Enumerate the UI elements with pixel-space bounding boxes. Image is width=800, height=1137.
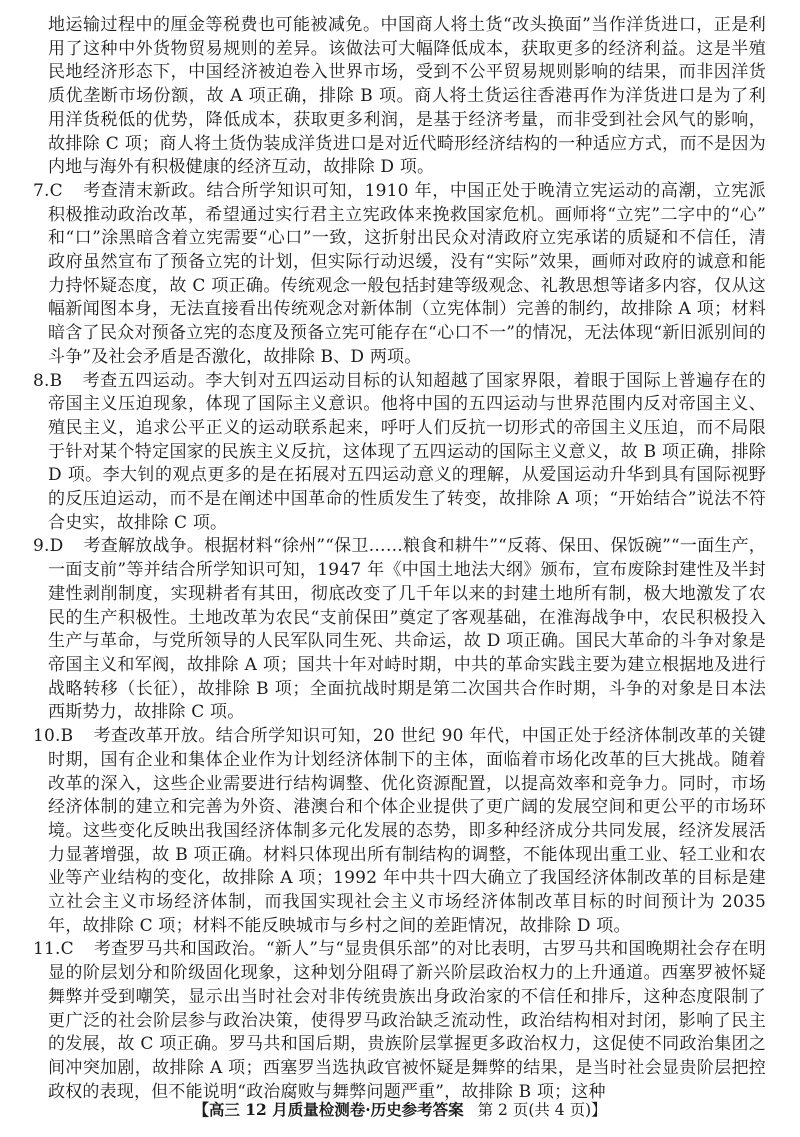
answer-text-11: 考查罗马共和国政治。“新人”与“显贵俱乐部”的对比表明，古罗马共和国晚期社会存在… [48, 939, 766, 1101]
answer-number-11: 11.C [33, 938, 74, 962]
answer-key-page: 地运输过程中的厘金等税费也可能被减免。中国商人将土货“改头换面”当作洋货进口，正… [0, 0, 800, 1137]
answer-text-8: 考查五四运动。李大钊对五四运动目标的认知超越了国家界限，着眼于国际上普遍存在的帝… [48, 371, 766, 533]
answer-number-10: 10.B [33, 725, 73, 749]
answer-item-8: 8.B考查五四运动。李大钊对五四运动目标的认知超越了国家界限，着眼于国际上普遍存… [33, 370, 766, 536]
answer-number-9: 9.D [33, 535, 63, 559]
footer-page-number: 第 2 页(共 4 页)】 [478, 1101, 607, 1119]
continued-answer-paragraph: 地运输过程中的厘金等税费也可能被减免。中国商人将土货“改头换面”当作洋货进口，正… [33, 14, 766, 180]
answer-item-10: 10.B考查改革开放。结合所学知识可知，20 世纪 90 年代，中国正处于经济体… [33, 725, 766, 938]
answer-item-11: 11.C考查罗马共和国政治。“新人”与“显贵俱乐部”的对比表明，古罗马共和国晚期… [33, 938, 766, 1104]
answer-text-9: 考查解放战争。根据材料“徐州”“保卫……粮食和耕牛”“反蒋、保田、保饭碗”“一面… [48, 536, 766, 722]
answer-text-7: 考查清末新政。结合所学知识可知，1910 年，中国正处于晚清立宪运动的高潮，立宪… [48, 181, 766, 367]
answer-item-7: 7.C考查清末新政。结合所学知识可知，1910 年，中国正处于晚清立宪运动的高潮… [33, 180, 766, 370]
page-footer: 【高三 12 月质量检测卷·历史参考答案第 2 页(共 4 页)】 [0, 1098, 800, 1123]
answer-text-10: 考查改革开放。结合所学知识可知，20 世纪 90 年代，中国正处于经济体制改革的… [48, 726, 766, 936]
answer-number-7: 7.C [33, 180, 63, 204]
answer-number-8: 8.B [33, 370, 62, 394]
footer-title: 【高三 12 月质量检测卷·历史参考答案 [193, 1100, 463, 1119]
answer-item-9: 9.D考查解放战争。根据材料“徐州”“保卫……粮食和耕牛”“反蒋、保田、保饭碗”… [33, 535, 766, 725]
